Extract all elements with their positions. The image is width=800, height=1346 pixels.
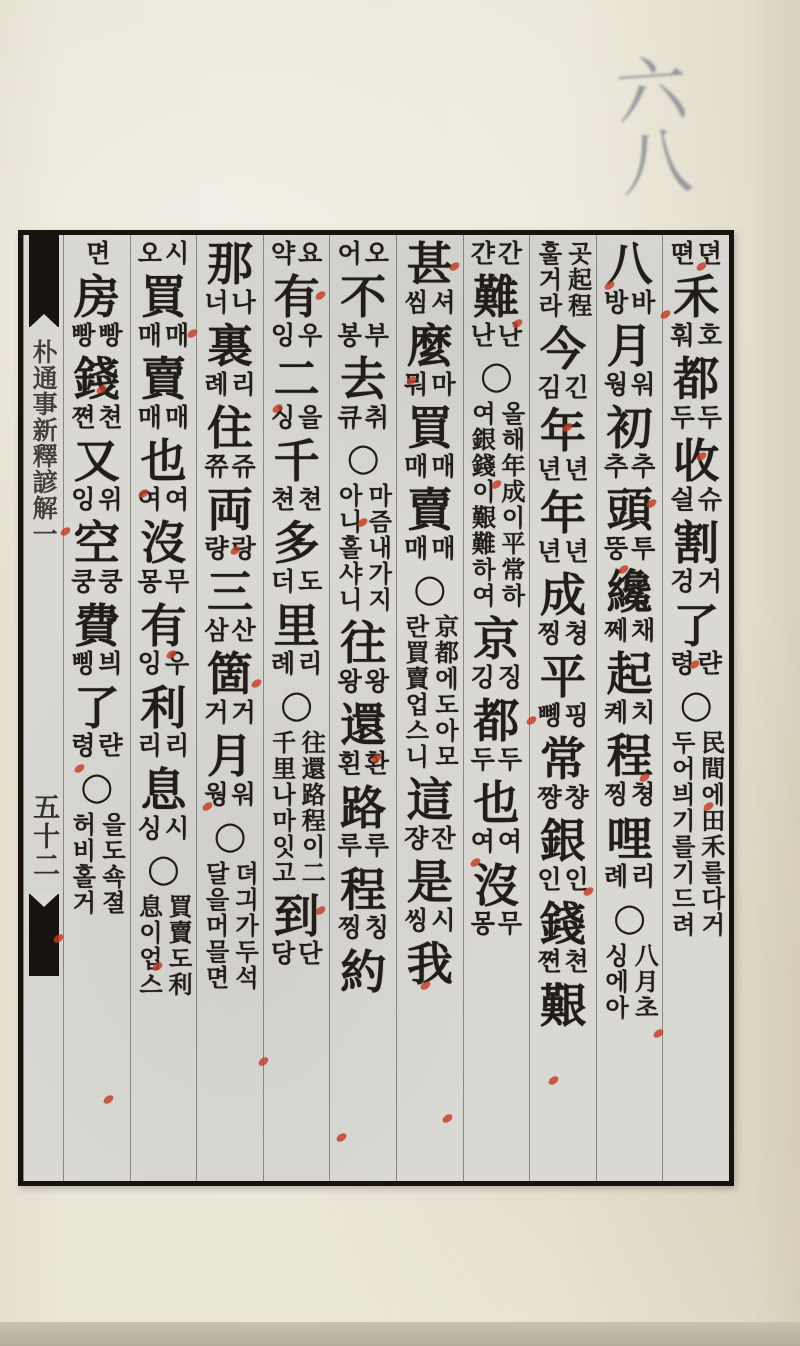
hangul-gloss-left: 매: [404, 536, 428, 562]
hanja-character: 年: [540, 408, 586, 456]
translation-gloss-left-line: 싱에아: [601, 943, 629, 1021]
hangul-gloss-right: 년: [565, 539, 589, 565]
hanja-character: 息: [140, 767, 186, 815]
hangul-gloss-pair: 리리: [138, 733, 189, 759]
hangul-gloss-left: 갼: [471, 241, 495, 267]
glossed-character-unit: 平뼹핑: [537, 654, 588, 729]
glossed-character-unit: 路루루: [338, 785, 389, 860]
hangul-gloss-right: 긴: [565, 375, 589, 401]
hanja-character: 了: [673, 603, 719, 651]
translation-gloss: 란買賣업스니京都에도아모: [401, 614, 458, 770]
hangul-gloss-left: 쨩: [537, 785, 561, 811]
translation-gloss: 息이업스買賣도利: [135, 894, 192, 998]
hangul-gloss-pair: 당단: [271, 941, 322, 967]
hangul-gloss-right: 면: [86, 241, 110, 267]
hangul-gloss-pair: 뚱투: [604, 536, 655, 562]
hangul-gloss-pair: 추추: [604, 454, 655, 480]
glossed-character-unit: 錢쪈쳔: [537, 901, 588, 976]
carryover-gloss-pair: 오시: [138, 241, 189, 267]
hangul-gloss-pair: 매매: [404, 454, 455, 480]
hangul-gloss-left: 찡: [537, 621, 561, 647]
hangul-gloss-right: 쥬: [232, 454, 256, 480]
hangul-gloss-right: 매: [431, 536, 455, 562]
hangul-gloss-pair: 봉부: [338, 323, 389, 349]
glossed-character-unit: 今김긴: [537, 326, 588, 401]
glossed-character-unit: 纔쩨채: [604, 569, 655, 644]
hangul-gloss-left: 리: [138, 733, 162, 759]
glossed-character-unit: 約: [340, 949, 386, 997]
hangul-gloss-pair: 쪈쳔: [537, 949, 588, 975]
hangul-gloss-left: 빵: [71, 323, 95, 349]
hangul-gloss-pair: 령랸: [671, 651, 722, 677]
hanja-character: 程: [607, 733, 653, 781]
hangul-gloss-left: 매: [138, 323, 162, 349]
hangul-gloss-right: 두: [498, 747, 522, 773]
glossed-character-unit: 買매매: [404, 405, 455, 480]
hangul-gloss-pair: 방바: [604, 290, 655, 316]
glossed-character-unit: 也여여: [471, 780, 522, 855]
hangul-gloss-pair: 난난: [471, 323, 522, 349]
hangul-gloss-left: 례: [271, 651, 295, 677]
hangul-gloss-right: 리: [298, 651, 322, 677]
hangul-gloss-right: 바: [631, 290, 655, 316]
hangul-gloss-pair: 싈슈: [671, 487, 722, 513]
glossed-character-unit: 收싈슈: [671, 438, 722, 513]
hangul-gloss-left: 쟝: [404, 826, 428, 852]
hangul-gloss-right: 랸: [698, 651, 722, 677]
translation-gloss-left-line: 란買賣업스니: [401, 614, 429, 770]
hanja-character: 這: [407, 777, 453, 825]
hangul-gloss-right: 단: [298, 941, 322, 967]
hangul-gloss-left: 쮸: [204, 454, 228, 480]
translation-gloss-right-line: 뎌긔가두석: [231, 861, 259, 991]
hangul-gloss-right: 랑: [232, 536, 256, 562]
hanja-character: 銀: [540, 818, 586, 866]
hanja-character: 難: [473, 274, 519, 322]
hangul-gloss-right: 환: [365, 751, 389, 777]
hangul-gloss-right: 호: [698, 323, 722, 349]
hangul-gloss-left: 당: [271, 941, 295, 967]
glossed-character-unit: 麼뭐마: [404, 323, 455, 398]
hangul-gloss-pair: 매매: [138, 405, 189, 431]
glossed-character-unit: 成찡쳥: [537, 572, 588, 647]
hangul-gloss-left: 인: [537, 867, 561, 893]
glossed-character-unit: 沒몽무: [471, 863, 522, 938]
hangul-gloss-left: 뼹: [537, 703, 561, 729]
glossed-character-unit: 月웡워: [604, 323, 655, 398]
glossed-character-unit: 我: [407, 941, 453, 989]
hangul-gloss-pair: 훠호: [671, 323, 722, 349]
hangul-gloss-right: 추: [631, 454, 655, 480]
hangul-gloss-right: 핑: [565, 703, 589, 729]
hanja-character: 千: [274, 438, 320, 486]
carryover-gloss-pair: 어오: [338, 241, 389, 267]
text-column: 那너나裏례리住쮸쥬両량랑三삼산箇거거月웡워○달을머믈면뎌긔가두석: [196, 235, 263, 1181]
hanja-character: 賣: [407, 487, 453, 535]
hangul-gloss-right: 두: [698, 405, 722, 431]
hangul-gloss-pair: 년년: [537, 457, 588, 483]
glossed-character-unit: 初추추: [604, 405, 655, 480]
glossed-character-unit: 程찡쳥: [604, 733, 655, 808]
hangul-gloss-left: 잉: [271, 323, 295, 349]
hangul-gloss-left: 씽: [404, 908, 428, 934]
hangul-gloss-pair: 잉우: [138, 651, 189, 677]
hangul-gloss-right: 나: [232, 290, 256, 316]
hanja-character: 程: [340, 867, 386, 915]
hangul-gloss-right: 여: [165, 487, 189, 513]
hanja-character: 收: [673, 438, 719, 486]
hanja-character: 錢: [74, 356, 120, 404]
hangul-gloss-right: 챵: [565, 785, 589, 811]
hanja-character: 賣: [140, 356, 186, 404]
hangul-gloss-left: 김: [537, 375, 561, 401]
glossed-character-unit: 多더도: [271, 520, 322, 595]
glossed-character-unit: 二싱을: [271, 356, 322, 431]
section-circle-mark: ○: [80, 767, 113, 805]
hanja-character: 甚: [407, 241, 453, 289]
hangul-gloss-left: 뭐: [404, 372, 428, 398]
glossed-character-unit: 頭뚱투: [604, 487, 655, 562]
hangul-gloss-left: 례: [604, 864, 628, 890]
hangul-gloss-left: 루: [338, 833, 362, 859]
hangul-gloss-right: 거: [232, 700, 256, 726]
glossed-character-unit: 年년년: [537, 490, 588, 565]
hanja-character: 両: [207, 487, 253, 535]
hangul-gloss-left: 쿵: [71, 569, 95, 595]
hangul-gloss-right: 워: [232, 782, 256, 808]
hangul-gloss-pair: 두두: [471, 747, 522, 773]
glossed-character-unit: 還횐환: [338, 702, 389, 777]
hangul-gloss-left: 약: [271, 241, 295, 267]
hangul-gloss-right: 쳔: [565, 949, 589, 975]
hangul-gloss-pair: 찡쳥: [537, 621, 588, 647]
hangul-gloss-pair: 싱을: [271, 405, 322, 431]
hangul-gloss-pair: 뼹핑: [537, 703, 588, 729]
hangul-gloss-left: 너: [204, 290, 228, 316]
hangul-gloss-left: 웡: [204, 782, 228, 808]
fishtail-mark-bottom: [29, 894, 59, 976]
hangul-gloss-left: 켸: [604, 700, 628, 726]
hangul-gloss-left: 훠: [671, 323, 695, 349]
hanja-character: 費: [74, 603, 120, 651]
hanja-character: 空: [74, 520, 120, 568]
hanja-character: 買: [140, 274, 186, 322]
hangul-gloss-left: 여: [471, 829, 495, 855]
hangul-gloss-pair: 횐환: [338, 751, 389, 777]
hangul-gloss-left: 령: [71, 733, 95, 759]
translation-gloss: 달을머믈면뎌긔가두석: [201, 861, 258, 991]
hangul-gloss-pair: 례리: [604, 864, 655, 890]
hanja-character: 也: [473, 780, 519, 828]
hangul-gloss-left: 몽: [471, 911, 495, 937]
translation-gloss-right-line: 올해年成이平常하: [497, 401, 525, 609]
translation-gloss-left-line: 千里나마잇고: [268, 730, 296, 886]
hangul-gloss-right: 치: [631, 700, 655, 726]
hangul-gloss-right: 쿵: [98, 569, 122, 595]
hangul-gloss-right: 빵: [98, 323, 122, 349]
hanja-character: 月: [207, 733, 253, 781]
section-circle-mark: ○: [213, 816, 246, 854]
translation-gloss: 두어븨기를기드려民間에田禾를다거: [668, 730, 725, 938]
glossed-character-unit: 禾훠호: [671, 274, 722, 349]
hangul-gloss-right: 시: [165, 816, 189, 842]
hangul-gloss-pair: 쿵쿵: [71, 569, 122, 595]
hangul-gloss-left: 웡: [604, 372, 628, 398]
hangul-gloss-right: 리: [165, 733, 189, 759]
hangul-gloss-pair: 겅거: [671, 569, 722, 595]
hangul-gloss-pair: 김긴: [537, 375, 588, 401]
hangul-gloss-right: 징: [498, 665, 522, 691]
hangul-gloss-right: 븨: [98, 651, 122, 677]
hangul-gloss-left: 쪈: [537, 949, 561, 975]
hangul-gloss-right: 매: [431, 454, 455, 480]
translation-gloss: 싱에아八月초: [601, 943, 658, 1021]
glossed-character-unit: 賣매매: [404, 487, 455, 562]
hangul-gloss-left: 방: [604, 290, 628, 316]
glossed-character-unit: 京깅징: [471, 616, 522, 691]
text-column: 甚씸셔麼뭐마買매매賣매매○란買賣업스니京都에도아모這쟝잔是씽시我: [396, 235, 463, 1181]
hangul-gloss-left: 겅: [671, 569, 695, 595]
hangul-gloss-left: 깅: [471, 665, 495, 691]
hanja-character: 艱: [540, 983, 586, 1031]
hangul-gloss-pair: 잉우: [271, 323, 322, 349]
hangul-gloss-pair: 씽시: [404, 908, 455, 934]
hanja-character: 月: [607, 323, 653, 371]
hangul-gloss-right: 칭: [365, 915, 389, 941]
section-circle-mark: ○: [413, 569, 446, 607]
hangul-gloss-right: 슈: [698, 487, 722, 513]
hanja-character: 二: [274, 356, 320, 404]
hangul-gloss-pair: 몽무: [138, 569, 189, 595]
hangul-gloss-left: 령: [671, 651, 695, 677]
hanja-character: 有: [140, 603, 186, 651]
translation-gloss-right-line: 京都에도아모: [431, 614, 459, 770]
glossed-character-unit: 艱: [540, 983, 586, 1031]
hanja-character: 麼: [407, 323, 453, 371]
hangul-gloss-pair: 웡워: [204, 782, 255, 808]
hangul-gloss-left: 오: [138, 241, 162, 267]
glossed-character-unit: 又잉위: [71, 438, 122, 513]
hanja-character: 住: [207, 405, 253, 453]
hangul-gloss-right: 쳔: [98, 405, 122, 431]
hanja-character: 到: [274, 893, 320, 941]
glossed-character-unit: 千쳔쳔: [271, 438, 322, 513]
hangul-gloss-pair: 삥븨: [71, 651, 122, 677]
hanja-character: 今: [540, 326, 586, 374]
spine-column: 朴通事新釋諺解一 五十二: [23, 235, 63, 1181]
hangul-gloss-right: 리: [232, 372, 256, 398]
hangul-gloss-right: 랸: [98, 733, 122, 759]
hangul-gloss-right: 쳥: [565, 621, 589, 647]
hanja-character: 我: [407, 941, 453, 989]
hangul-gloss-left: 년: [537, 457, 561, 483]
hangul-gloss-left: 두: [471, 747, 495, 773]
hanja-character: 房: [74, 274, 120, 322]
fishtail-mark-top: [29, 235, 59, 327]
glossed-character-unit: 不봉부: [338, 274, 389, 349]
glossed-character-unit: 常쨩챵: [537, 736, 588, 811]
translation-gloss-left-line: 두어븨기를기드려: [668, 730, 696, 938]
hangul-gloss-pair: 여여: [471, 829, 522, 855]
hangul-gloss-pair: 쪈쳔: [71, 405, 122, 431]
hanja-character: 割: [673, 520, 719, 568]
hangul-gloss-right: 오: [365, 241, 389, 267]
glossed-character-unit: 年년년: [537, 408, 588, 483]
hangul-gloss-right: 쳥: [631, 782, 655, 808]
hanja-character: 買: [407, 405, 453, 453]
hangul-gloss-pair: 쩨채: [604, 618, 655, 644]
translation-gloss-left-line: 아니홀샤니: [335, 483, 363, 613]
hangul-gloss-right: 잔: [431, 826, 455, 852]
hangul-gloss-left: 매: [138, 405, 162, 431]
hanja-character: 不: [340, 274, 386, 322]
hangul-gloss-left: 여: [138, 487, 162, 513]
hanja-character: 頭: [607, 487, 653, 535]
text-column: 뗜뎐禾훠호都두두收싈슈割겅거了령랸○두어븨기를기드려民間에田禾를다거: [662, 235, 729, 1181]
hangul-gloss-right: 난: [498, 323, 522, 349]
glossed-character-unit: 息싱시: [138, 767, 189, 842]
hanja-character: 沒: [140, 520, 186, 568]
translation-gloss: 아니홀샤니마즘내가지: [335, 483, 392, 613]
hangul-gloss-right: 을: [298, 405, 322, 431]
text-column: 약요有잉우二싱을千쳔쳔多더도里례리○千里나마잇고往還路程이二到당단: [263, 235, 330, 1181]
hangul-gloss-right: 워: [631, 372, 655, 398]
hangul-gloss-pair: 령랸: [71, 733, 122, 759]
hangul-gloss-left: 찡: [604, 782, 628, 808]
hanja-character: 錢: [540, 901, 586, 949]
glossed-character-unit: 起켸치: [604, 651, 655, 726]
hangul-gloss-right: 채: [631, 618, 655, 644]
hangul-gloss-pair: 매매: [138, 323, 189, 349]
glossed-character-unit: 是씽시: [404, 859, 455, 934]
hanja-character: 又: [74, 438, 120, 486]
hangul-gloss-left: 난: [471, 323, 495, 349]
translation-gloss-left-line: 허비홀거: [68, 812, 96, 916]
hangul-gloss-right: 매: [165, 405, 189, 431]
hangul-gloss-left: 왕: [338, 669, 362, 695]
hangul-gloss-left: 씸: [404, 290, 428, 316]
text-column: 어오不봉부去큐취○아니홀샤니마즘내가지往왕왕還횐환路루루程찡칭約: [329, 235, 396, 1181]
hangul-gloss-right: 위: [98, 487, 122, 513]
glossed-character-unit: 了령랸: [71, 685, 122, 760]
hanja-character: 八: [607, 241, 653, 289]
translation-gloss: 허비홀거을도쇽졀: [68, 812, 125, 916]
hanja-character: 都: [673, 356, 719, 404]
hanja-character: 京: [473, 616, 519, 664]
hangul-gloss-pair: 더도: [271, 569, 322, 595]
glossed-character-unit: 程찡칭: [338, 867, 389, 942]
glossed-character-unit: 月웡워: [204, 733, 255, 808]
hanja-character: 有: [274, 274, 320, 322]
hangul-gloss-right: 우: [298, 323, 322, 349]
translation-gloss-left-line: 훌거라: [534, 241, 562, 319]
glossed-character-unit: 去큐취: [338, 356, 389, 431]
translation-gloss-right-line: 곳起程: [564, 241, 592, 319]
hangul-gloss-pair: 찡쳥: [604, 782, 655, 808]
hangul-gloss-pair: 쮸쥬: [204, 454, 255, 480]
hangul-gloss-pair: 깅징: [471, 665, 522, 691]
hangul-gloss-pair: 례리: [271, 651, 322, 677]
hangul-gloss-right: 년: [565, 457, 589, 483]
glossed-character-unit: 都두두: [671, 356, 722, 431]
hangul-gloss-right: 리: [631, 864, 655, 890]
hangul-gloss-left: 어: [338, 241, 362, 267]
hangul-gloss-pair: 량랑: [204, 536, 255, 562]
hanja-character: 都: [473, 698, 519, 746]
hangul-gloss-right: 쳔: [298, 487, 322, 513]
hangul-gloss-left: 싈: [671, 487, 695, 513]
hangul-gloss-left: 싱: [271, 405, 295, 431]
glossed-character-unit: 里례리: [271, 603, 322, 678]
hanja-character: 哩: [607, 816, 653, 864]
glossed-character-unit: 有잉우: [138, 603, 189, 678]
hangul-gloss-right: 간: [498, 241, 522, 267]
carryover-gloss-pair: 뗜뎐: [671, 241, 722, 267]
hangul-gloss-pair: 삼산: [204, 618, 255, 644]
hangul-gloss-left: 횐: [338, 751, 362, 777]
translation-gloss: 千里나마잇고往還路程이二: [268, 730, 325, 886]
glossed-character-unit: 箇거거: [204, 651, 255, 726]
hanja-character: 那: [207, 241, 253, 289]
glossed-character-unit: 房빵빵: [71, 274, 122, 349]
carryover-gloss-pair: 약요: [271, 241, 322, 267]
hanja-character: 是: [407, 859, 453, 907]
glossed-character-unit: 買매매: [138, 274, 189, 349]
section-circle-mark: ○: [680, 685, 713, 723]
hangul-gloss-pair: 뭐마: [404, 372, 455, 398]
hangul-gloss-pair: 여여: [138, 487, 189, 513]
glossed-character-unit: 甚씸셔: [404, 241, 455, 316]
hangul-gloss-right: 인: [565, 867, 589, 893]
print-block: 뗜뎐禾훠호都두두收싈슈割겅거了령랸○두어븨기를기드려民間에田禾를다거八방바月웡워…: [18, 230, 734, 1186]
hangul-gloss-left: 거: [204, 700, 228, 726]
hangul-gloss-pair: 쨩챵: [537, 785, 588, 811]
hanja-character: 裏: [207, 323, 253, 371]
hangul-gloss-pair: 웡워: [604, 372, 655, 398]
glossed-character-unit: 那너나: [204, 241, 255, 316]
text-column: 오시買매매賣매매也여여沒몽무有잉우利리리息싱시○息이업스買賣도利: [130, 235, 197, 1181]
hanja-character: 約: [340, 949, 386, 997]
hangul-gloss-pair: 거거: [204, 700, 255, 726]
hanja-character: 禾: [673, 274, 719, 322]
hangul-gloss-pair: 왕왕: [338, 669, 389, 695]
hangul-gloss-pair: 인인: [537, 867, 588, 893]
hangul-gloss-left: 큐: [338, 405, 362, 431]
hangul-gloss-right: 투: [631, 536, 655, 562]
hangul-gloss-pair: 싱시: [138, 816, 189, 842]
hangul-gloss-left: 삼: [204, 618, 228, 644]
hangul-gloss-right: 산: [232, 618, 256, 644]
glossed-character-unit: 割겅거: [671, 520, 722, 595]
hangul-gloss-left: 더: [271, 569, 295, 595]
translation-gloss-left-line: 달을머믈면: [201, 861, 229, 991]
hangul-gloss-pair: 잉위: [71, 487, 122, 513]
glossed-character-unit: 這쟝잔: [404, 777, 455, 852]
hangul-gloss-right: 시: [431, 908, 455, 934]
hangul-gloss-left: 싱: [138, 816, 162, 842]
glossed-character-unit: 錢쪈쳔: [71, 356, 122, 431]
glossed-character-unit: 銀인인: [537, 818, 588, 893]
hangul-gloss-pair: 례리: [204, 372, 255, 398]
hangul-gloss-left: 추: [604, 454, 628, 480]
translation-gloss: 훌거라곳起程: [534, 241, 591, 319]
translation-gloss: 여銀錢이艱難하여올해年成이平常하: [468, 401, 525, 609]
glossed-character-unit: 都두두: [471, 698, 522, 773]
hanja-character: 平: [540, 654, 586, 702]
hangul-gloss-left: 삥: [71, 651, 95, 677]
hangul-gloss-pair: 큐취: [338, 405, 389, 431]
spine-title: 朴通事新釋諺解一: [31, 339, 56, 789]
